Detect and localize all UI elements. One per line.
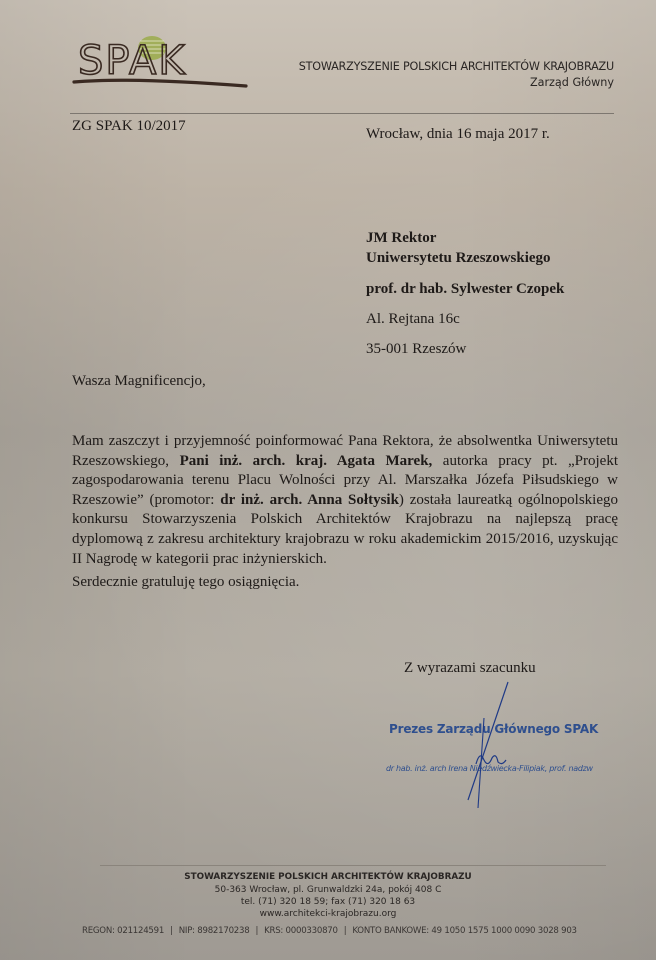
footer-phone: tel. (71) 320 18 59; fax (71) 320 18 63 xyxy=(0,897,656,907)
footer-organization: STOWARZYSZENIE POLSKICH ARCHITEKTÓW KRAJ… xyxy=(0,872,656,882)
krs: KRS: 0000330870 xyxy=(264,926,338,936)
recipient-street: Al. Rejtana 16c xyxy=(366,311,460,328)
organization-name: STOWARZYSZENIE POLSKICH ARCHITEKTÓW KRAJ… xyxy=(299,60,614,73)
footer-website: www.architekci-krajobrazu.org xyxy=(0,909,656,919)
organization-division: Zarząd Główny xyxy=(530,76,614,89)
nip: NIP: 8982170238 xyxy=(179,926,250,936)
header-divider xyxy=(70,113,614,114)
letter-body: Mam zaszczyt i przyjemność poinformować … xyxy=(72,432,618,569)
regards: Z wyrazami szacunku xyxy=(404,660,536,677)
recipient-line1: JM Rektor xyxy=(366,230,436,247)
registry-info: REGON: 021124591|NIP: 8982170238|KRS: 00… xyxy=(82,926,577,936)
recipient-name: prof. dr hab. Sylwester Czopek xyxy=(366,281,564,298)
salutation: Wasza Magnificencjo, xyxy=(72,373,206,390)
recipient-city: 35-001 Rzeszów xyxy=(366,341,466,358)
handwritten-signature-icon xyxy=(440,680,520,810)
congratulations: Serdecznie gratuluję tego osiągnięcia. xyxy=(72,574,299,591)
svg-text:SPAK: SPAK xyxy=(78,38,187,84)
graduate-name: Pani inż. arch. kraj. Agata Marek, xyxy=(180,453,433,469)
spak-logo: SPAK xyxy=(70,30,260,92)
reference-number: ZG SPAK 10/2017 xyxy=(72,118,186,135)
letter-date: Wrocław, dnia 16 maja 2017 r. xyxy=(366,126,550,143)
footer-address: 50-363 Wrocław, pl. Grunwaldzki 24a, pok… xyxy=(0,885,656,895)
footer-divider xyxy=(100,865,606,866)
regon: REGON: 021124591 xyxy=(82,926,164,936)
supervisor-name: dr inż. arch. Anna Sołtysik xyxy=(220,492,399,508)
bank-account: KONTO BANKOWE: 49 1050 1575 1000 0090 30… xyxy=(352,926,576,936)
recipient-line2: Uniwersytetu Rzeszowskiego xyxy=(366,250,551,267)
